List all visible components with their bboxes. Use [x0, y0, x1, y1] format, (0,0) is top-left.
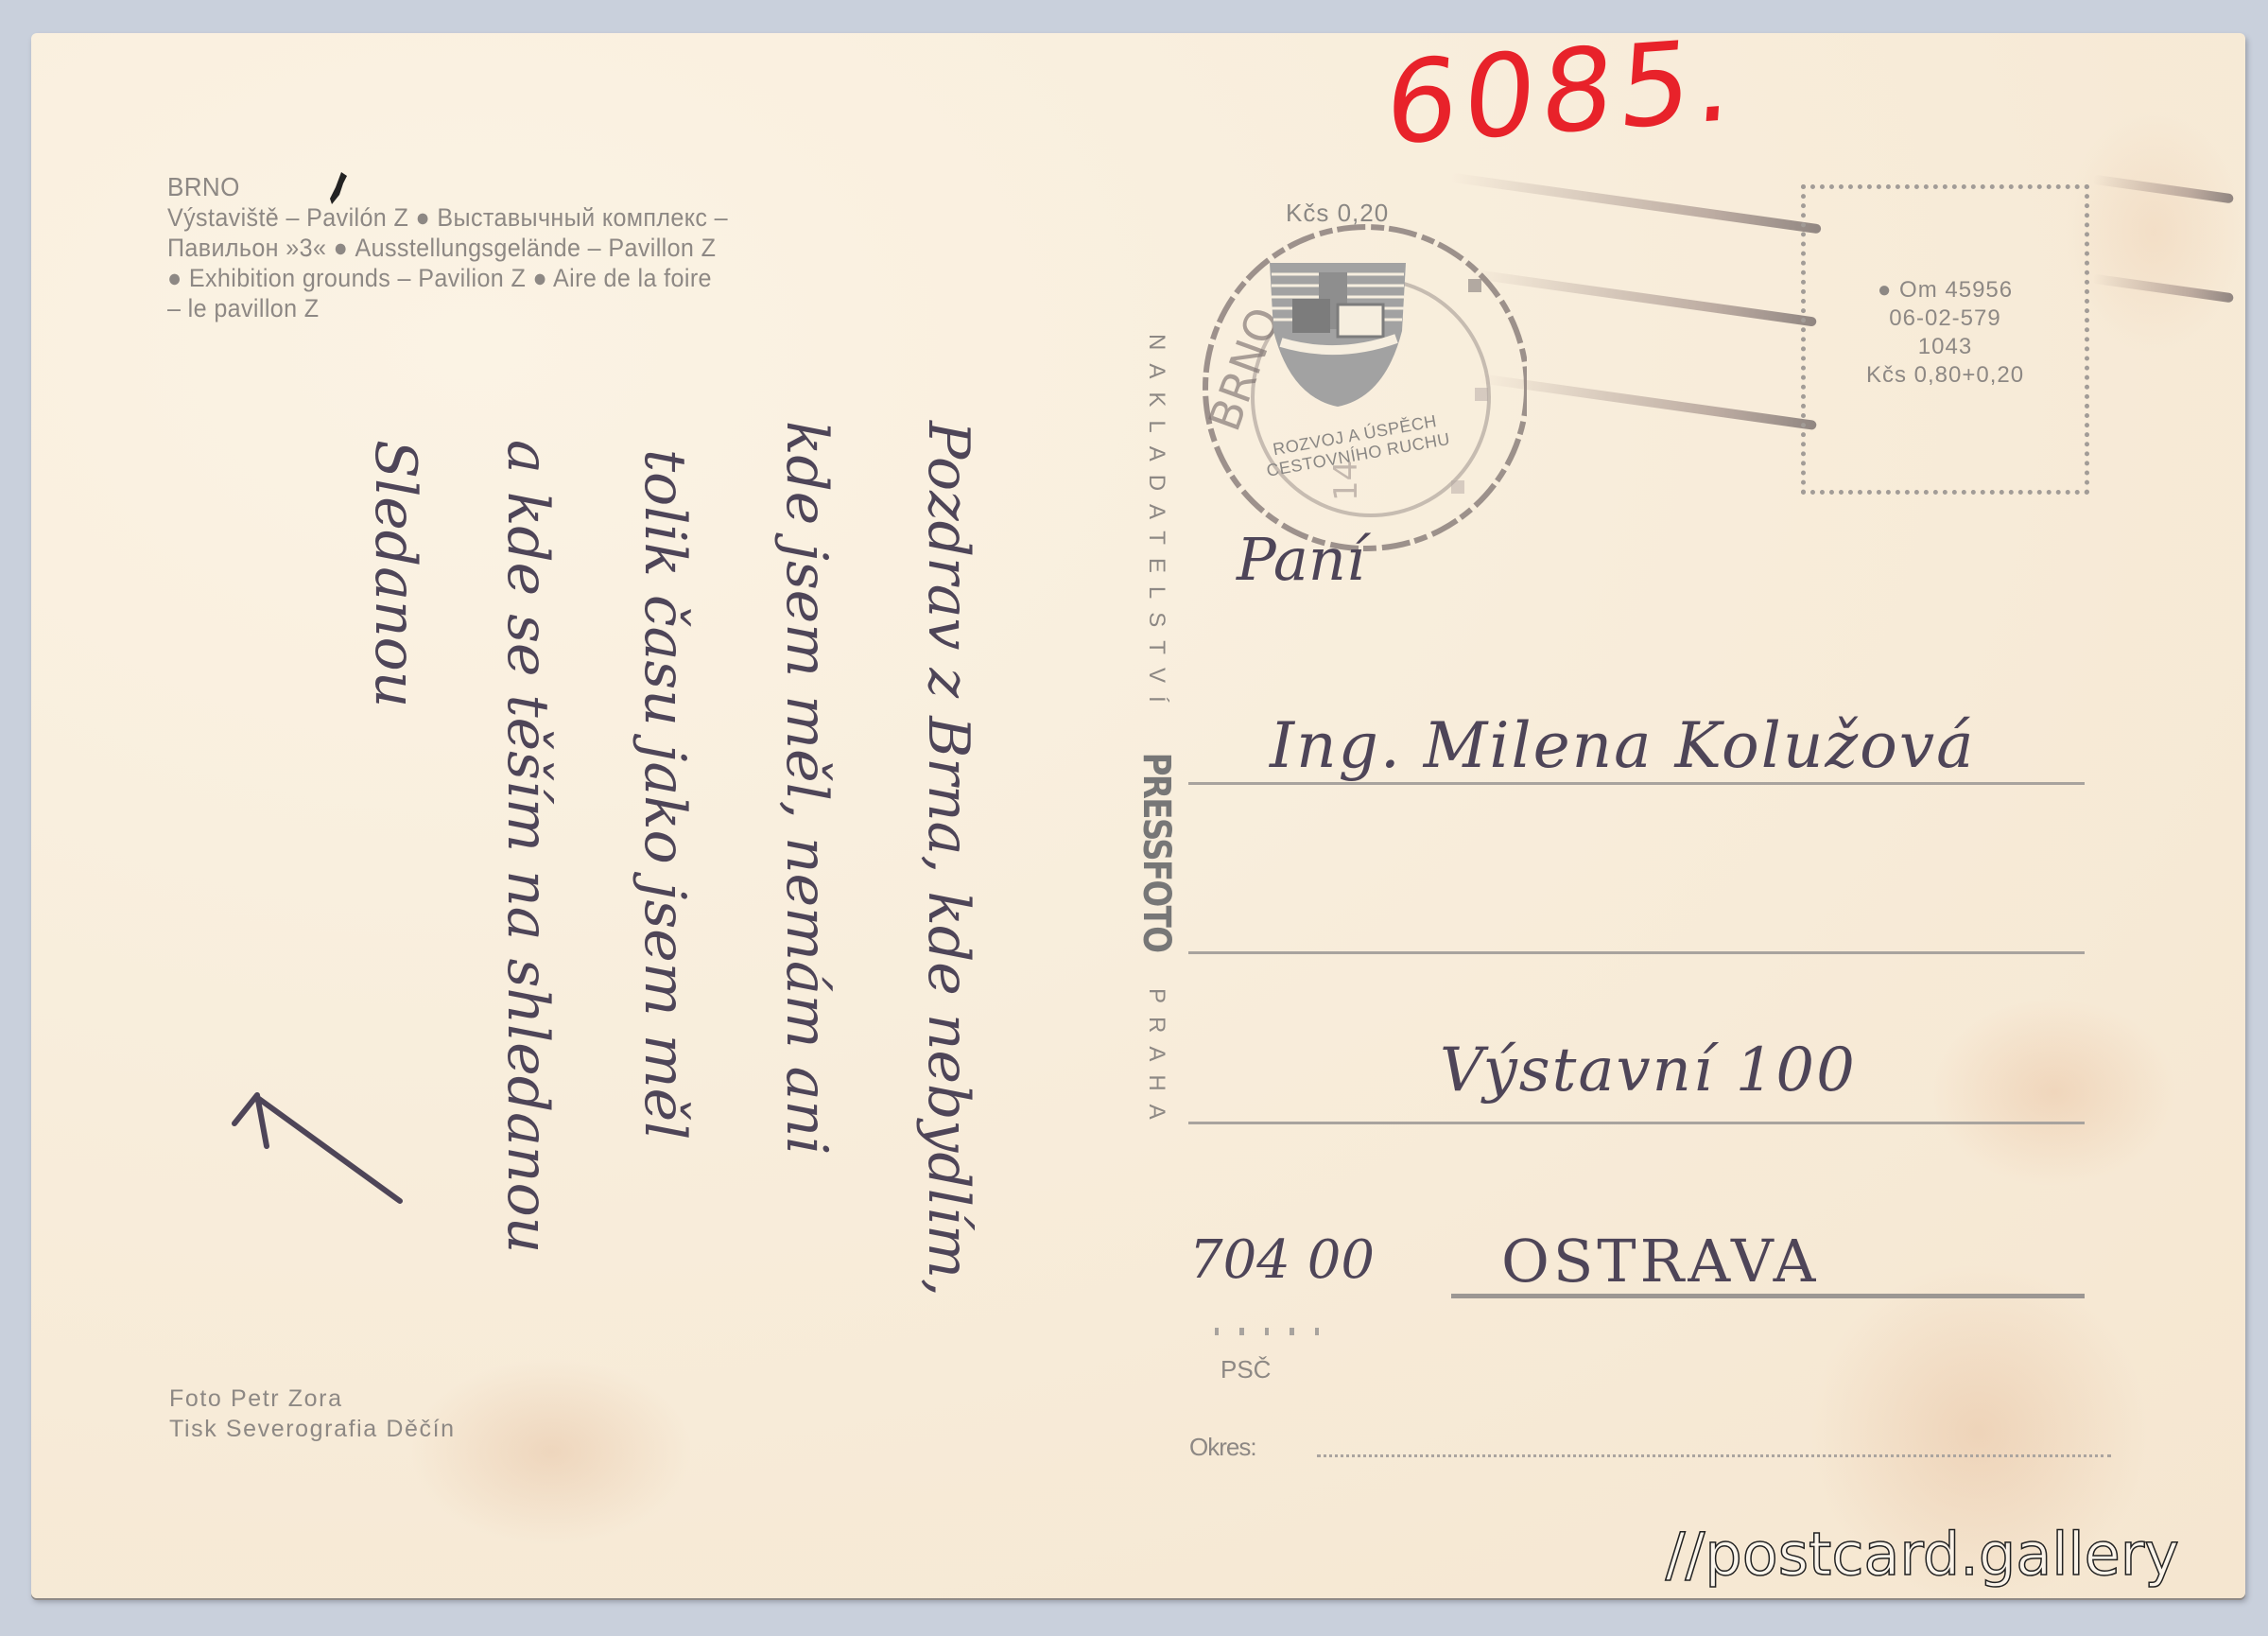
address-street: Výstavní 100: [1440, 1036, 1857, 1105]
catalog-number: 6085.: [1381, 33, 1742, 171]
pressfoto-logo: PRESSFOTO: [1134, 752, 1178, 951]
message-column: Sledanou: [367, 440, 424, 707]
publisher-city: PRAHA: [1143, 988, 1169, 1133]
caption-title: BRNO: [167, 172, 728, 202]
address-salutation: Paní: [1237, 525, 1365, 594]
stamp-box-line: 1043: [1806, 333, 2085, 361]
message-column: a kde se těším na shledanou: [499, 440, 556, 1253]
cancel-line: [1479, 374, 1817, 430]
okres-label: Okres:: [1189, 1433, 1256, 1462]
print-credit: Tisk Severografia Děčín: [169, 1414, 456, 1444]
stain: [2064, 109, 2243, 355]
postal-code-boxes: [1215, 1328, 1319, 1335]
psc-label: PSČ: [1221, 1355, 1271, 1384]
caption-line: Výstaviště – Pavilón Z ● Выставычный ком…: [167, 202, 728, 233]
message-column: Pozdrav z Brna, kde nebydlím,: [920, 421, 977, 1297]
imprinted-stamp-icon: [1243, 218, 1432, 426]
address-name: Ing. Milena Kolužová: [1270, 709, 1976, 782]
cancel-line: [2092, 274, 2234, 304]
caption-line: Павильон »3« ● Ausstellungsgelände – Pav…: [167, 233, 728, 263]
address-city: OSTRAVA: [1501, 1227, 1819, 1296]
cancel-line: [2092, 175, 2234, 204]
address-line: [1451, 1294, 2085, 1298]
imprint-value: Kčs 0,20: [1286, 199, 1389, 228]
watermark: //postcard.gallery: [1666, 1520, 2179, 1589]
publisher-strip: NAKLADATELSTVÍ PRESSFOTO PRAHA: [1128, 334, 1185, 1327]
photo-credit: Foto Petr Zora: [169, 1384, 456, 1414]
postal-code: 704 00: [1189, 1229, 1375, 1291]
caption-line: ● Exhibition grounds – Pavilion Z ● Aire…: [167, 263, 728, 293]
postcard-back: 6085. BRNO Výstaviště – Pavilón Z ● Выст…: [31, 33, 2245, 1598]
stamp-box: ● Om 45956 06-02-579 1043 Kčs 0,80+0,20: [1801, 184, 2089, 495]
address-line: [1188, 951, 2085, 954]
credits: Foto Petr Zora Tisk Severografia Děčín: [169, 1384, 456, 1444]
caption: BRNO Výstaviště – Pavilón Z ● Выставычны…: [167, 172, 728, 323]
message-column: tolik času jako jsem měl: [636, 449, 693, 1140]
ink-blot-icon: [324, 170, 353, 208]
stamp-box-line: ● Om 45956: [1806, 276, 2085, 305]
postmark: BRNO 14 Kčs 0,20 ROZVOJ A ÚSPĚCH CESTOVN…: [1186, 199, 1527, 577]
address-line: [1188, 1122, 2085, 1124]
stain: [1931, 998, 2177, 1187]
stamp-box-line: Kčs 0,80+0,20: [1806, 361, 2085, 390]
publisher-top-text: NAKLADATELSTVÍ: [1143, 334, 1169, 716]
stamp-box-text: ● Om 45956 06-02-579 1043 Kčs 0,80+0,20: [1806, 276, 2085, 390]
arrow-up-left-icon: [225, 1078, 433, 1239]
caption-line: – le pavillon Z: [167, 293, 728, 323]
message-column: kde jsem měl, nemám ani: [778, 421, 835, 1155]
stamp-box-line: 06-02-579: [1806, 305, 2085, 333]
address-line: [1188, 782, 2085, 785]
okres-field: [1317, 1454, 2111, 1457]
